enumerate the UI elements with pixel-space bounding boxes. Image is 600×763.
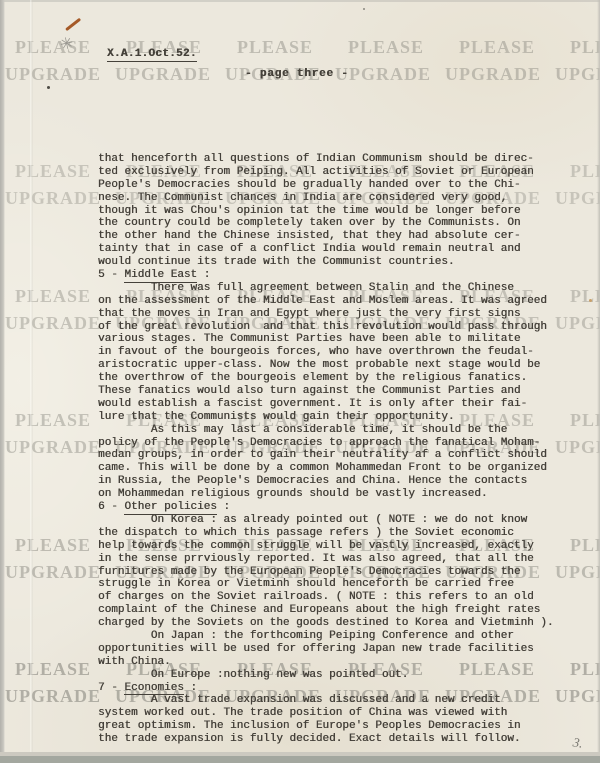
watermark-word-upgrade: UPGRADE <box>115 64 211 85</box>
document-line: in the sense prrviously reported. It was… <box>98 553 578 566</box>
watermark-word-please: PLEASE <box>15 659 91 680</box>
section-heading: 6 - Other policies : <box>98 501 578 514</box>
document-line: with China. <box>98 656 578 669</box>
watermark-word-upgrade: UPGRADE <box>5 64 101 85</box>
document-reference-text: X.A.1.Oct.52. <box>107 48 197 62</box>
document-line: various stages. The Communist Parties ha… <box>98 333 578 346</box>
document-line: policy of the People's Democracies to ap… <box>98 437 578 450</box>
document-line: the overthrow of the bourgeois element b… <box>98 372 578 385</box>
handwritten-page-number: 3. <box>572 734 584 751</box>
watermark-word-upgrade: UPGRADE <box>5 313 101 334</box>
document-reference: X.A.1.Oct.52. <box>107 48 197 60</box>
document-line: the country could be completely taken ov… <box>98 217 578 230</box>
document-line: People's Democracies should be gradually… <box>98 179 578 192</box>
document-line: struggle in Korea or Vietminh should hen… <box>98 578 578 591</box>
watermark-word-please: PLEASE <box>237 37 313 58</box>
document-line: the trade expansion is fully decided. Ex… <box>98 733 578 746</box>
document-line: medan groups, in order to gain their neu… <box>98 449 578 462</box>
document-line: of charges on the Soviet railroads. ( NO… <box>98 591 578 604</box>
document-line: A vast trade expansion was discussed and… <box>98 694 578 707</box>
watermark-word-upgrade: UPGRADE <box>5 562 101 583</box>
document-line: that henceforth all questions of Indian … <box>98 153 578 166</box>
document-line: complaint of the Chinese and Europeans a… <box>98 604 578 617</box>
document-line: the other hand the Chinese insisted, tha… <box>98 230 578 243</box>
watermark-word-please: PLEASE <box>15 410 91 431</box>
scan-edge-bottom <box>0 756 600 763</box>
ink-speck <box>589 299 592 302</box>
document-line: charged by the Soviets on the goods dest… <box>98 617 578 630</box>
watermark-word-please: PLEASE <box>15 37 91 58</box>
document-line: tainty that in case of a conflict India … <box>98 243 578 256</box>
page-header-label: - page three - <box>245 68 349 80</box>
document-line: came. This will be done by a common Moha… <box>98 462 578 475</box>
watermark-word-please: PLEASE <box>348 37 424 58</box>
watermark-word-upgrade: UPGRADE <box>335 64 431 85</box>
document-line: aristocratic upper-class. Now the most p… <box>98 359 578 372</box>
watermark-word-please: PLEASE <box>15 286 91 307</box>
section-heading: 5 - Middle East : <box>98 269 578 282</box>
scan-edge-top <box>0 0 600 2</box>
document-line: There was full agreement between Stalin … <box>98 282 578 295</box>
watermark-word-upgrade: UPGRADE <box>445 64 541 85</box>
section-heading: 7 - Economies : <box>98 682 578 695</box>
document-line: As this may last a considerable time, it… <box>98 424 578 437</box>
document-line: On Korea : as already pointed out ( NOTE… <box>98 514 578 527</box>
document-line: on Mohammedan religious grounds should b… <box>98 488 578 501</box>
watermark-word-upgrade: UPGRADE <box>555 64 600 85</box>
document-line: furnitures made by the European People's… <box>98 566 578 579</box>
watermark-word-upgrade: UPGRADE <box>5 437 101 458</box>
document-line: though it was Chou's opinion tat the tim… <box>98 205 578 218</box>
document-line: of the great revolution and that this re… <box>98 321 578 334</box>
orange-pen-stroke <box>65 18 81 31</box>
document-line: lure that the Communists would gain thei… <box>98 411 578 424</box>
document-line: On Japan : the forthcoming Peiping Confe… <box>98 630 578 643</box>
document-line: great optimism. The inclusion of Europe'… <box>98 720 578 733</box>
document-line: These fanatics would also turn against t… <box>98 385 578 398</box>
ink-speck <box>47 86 50 89</box>
scan-edge-left <box>0 0 5 763</box>
document-line: in favout of the bourgeois forces, who h… <box>98 346 578 359</box>
watermark-word-upgrade: UPGRADE <box>5 686 101 707</box>
scanned-document-page: PLEASEUPGRADEPLEASEUPGRADEPLEASEUPGRADEP… <box>0 0 600 763</box>
watermark-word-please: PLEASE <box>15 161 91 182</box>
document-body: that henceforth all questions of Indian … <box>98 153 578 746</box>
paper-crease <box>30 0 33 763</box>
document-line: the dispatch to which this passage refer… <box>98 527 578 540</box>
document-line: would establish a fascist government. It… <box>98 398 578 411</box>
watermark-word-please: PLEASE <box>15 535 91 556</box>
document-line: in Russia, the People's Democracies and … <box>98 475 578 488</box>
document-line: ted exclusively from Peiping. All activi… <box>98 166 578 179</box>
document-line: help towards the common struggle will be… <box>98 540 578 553</box>
document-line: that the moves in Iran and Egypt where j… <box>98 308 578 321</box>
document-line: opportunities will be used for offering … <box>98 643 578 656</box>
document-line: on the assessment of the Middle East and… <box>98 295 578 308</box>
ink-speck <box>363 8 365 10</box>
document-line: would continue its trade with the Commun… <box>98 256 578 269</box>
watermark-word-please: PLEASE <box>459 37 535 58</box>
document-line: nese. The Communist chances in India are… <box>98 192 578 205</box>
document-line: system worked out. The trade position of… <box>98 707 578 720</box>
document-line: On Europe :nothing new was pointed out. <box>98 669 578 682</box>
watermark-word-upgrade: UPGRADE <box>5 188 101 209</box>
watermark-word-please: PLEASE <box>570 37 600 58</box>
